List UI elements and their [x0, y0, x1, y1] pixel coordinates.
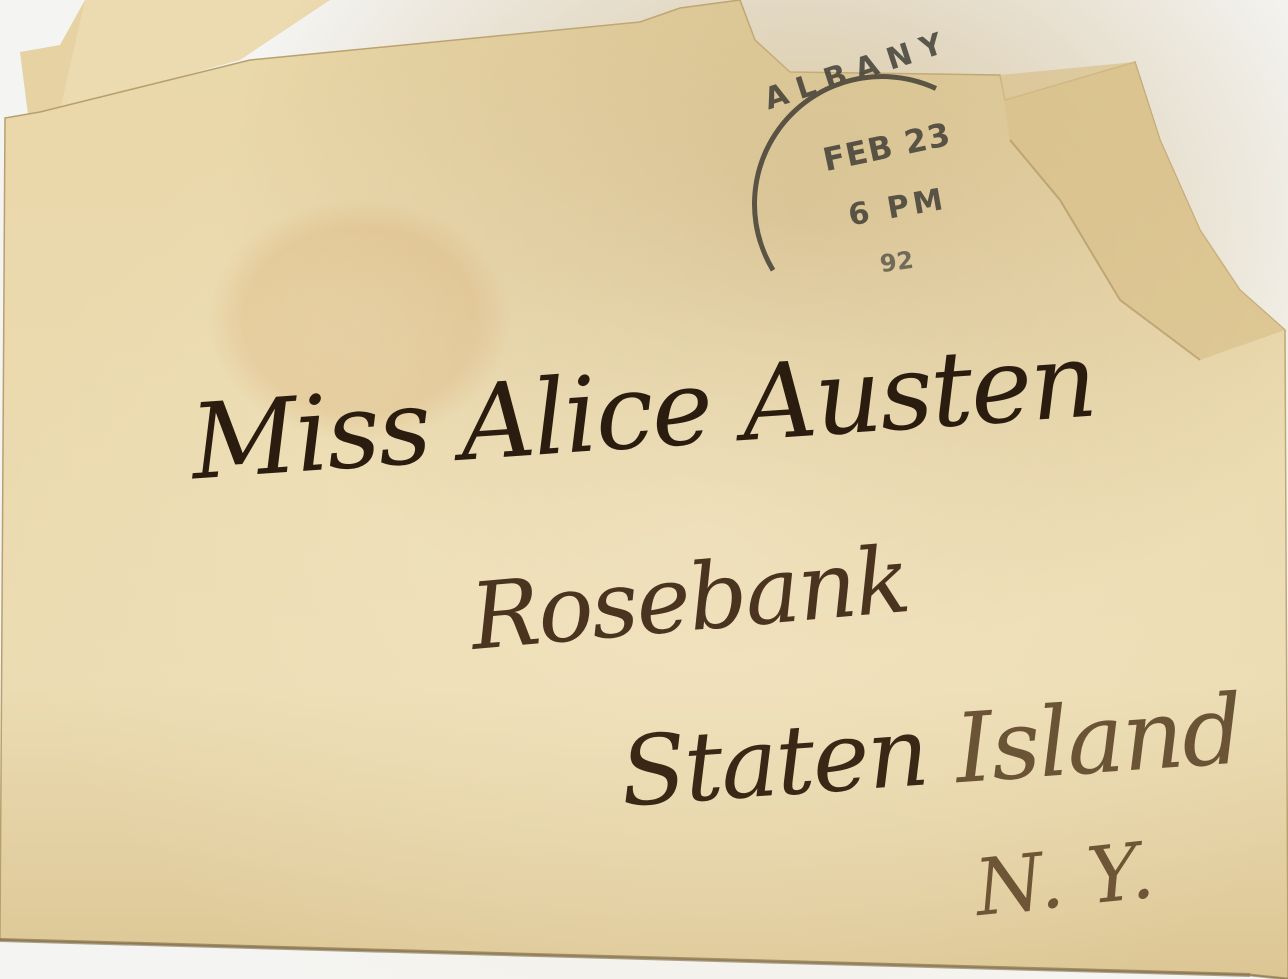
postmark: ALBANY FEB 23 6 PM 92: [752, 70, 1032, 290]
postmark-year: 92: [878, 246, 915, 278]
address-locality-part2: Island: [951, 673, 1245, 805]
address-locality-part1: Staten: [617, 695, 931, 828]
scan-scene: ALBANY FEB 23 6 PM 92 Miss Alice Austen …: [0, 0, 1288, 979]
address-state: N. Y.: [971, 826, 1159, 934]
